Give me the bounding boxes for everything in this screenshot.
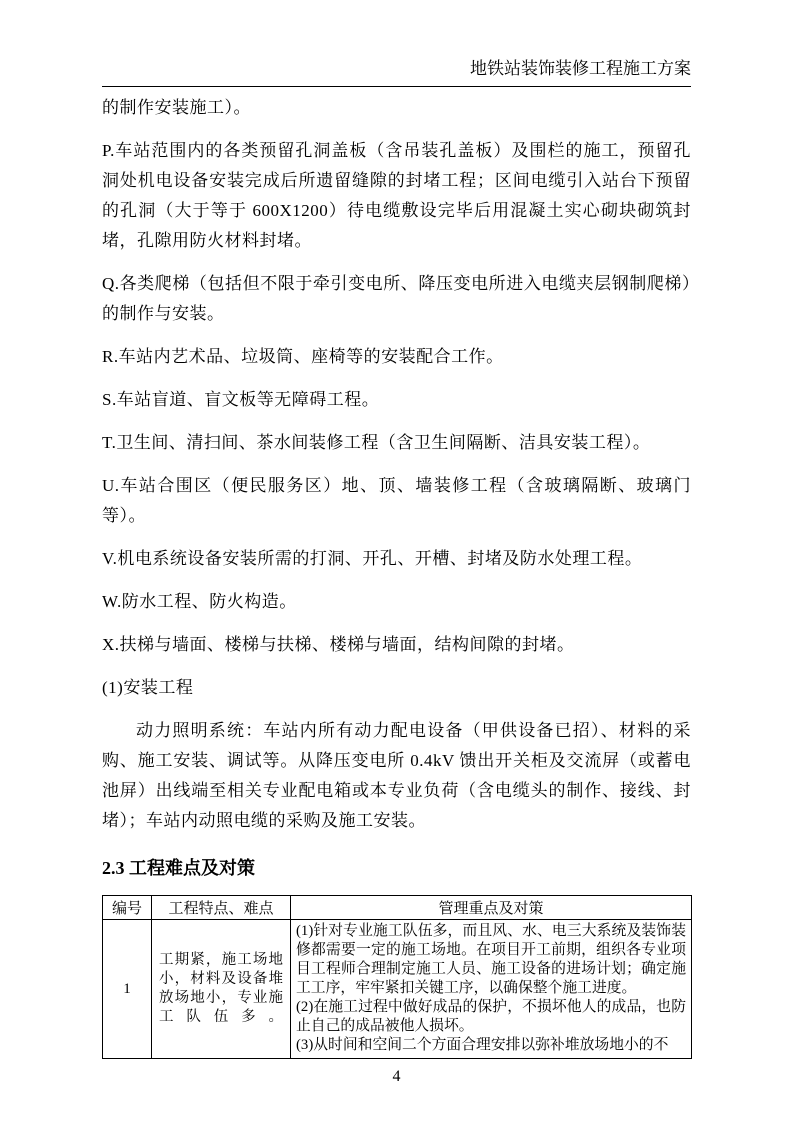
row-number-cell: 1: [103, 920, 152, 1059]
paragraph-item-s: S.车站盲道、盲文板等无障碍工程。: [102, 385, 691, 415]
row-measures-cell: (1)针对专业施工队伍多，而且风、水、电三大系统及装饰装修都需要一定的施工场地。…: [291, 920, 692, 1059]
column-header-feature: 工程特点、难点: [152, 896, 291, 920]
paragraph-item-v: V.机电系统设备安装所需的打洞、开孔、开槽、封堵及防水处理工程。: [102, 544, 691, 574]
document-body: 的制作安装施工）。 P.车站范围内的各类预留孔洞盖板（含吊装孔盖板）及围栏的施工…: [102, 93, 691, 836]
row-feature-cell: 工期紧，施工场地小，材料及设备堆放场地小，专业施工队伍多。: [152, 920, 291, 1059]
column-header-id: 编号: [103, 896, 152, 920]
section-heading-2-3: 2.3 工程难点及对策: [102, 855, 691, 881]
page-number: 4: [102, 1068, 691, 1086]
paragraph-power-lighting: 动力照明系统：车站内所有动力配电设备（甲供设备已招）、材料的采购、施工安装、调试…: [102, 716, 691, 836]
paragraph-item-r: R.车站内艺术品、垃圾筒、座椅等的安装配合工作。: [102, 342, 691, 372]
column-header-measures: 管理重点及对策: [291, 896, 692, 920]
table-header-row: 编号 工程特点、难点 管理重点及对策: [103, 896, 692, 920]
paragraph-item-x: X.扶梯与墙面、楼梯与扶梯、楼梯与墙面，结构间隙的封堵。: [102, 630, 691, 660]
paragraph-item-t: T.卫生间、清扫间、茶水间装修工程（含卫生间隔断、洁具安装工程）。: [102, 428, 691, 458]
paragraph-item-q: Q.各类爬梯（包括但不限于牵引变电所、降压变电所进入电缆夹层钢制爬梯）的制作与安…: [102, 269, 691, 329]
paragraph-item-u: U.车站合围区（便民服务区）地、顶、墙装修工程（含玻璃隔断、玻璃门等）。: [102, 471, 691, 531]
document-page: 地铁站装饰装修工程施工方案 的制作安装施工）。 P.车站范围内的各类预留孔洞盖板…: [0, 0, 793, 1122]
page-header: 地铁站装饰装修工程施工方案: [102, 57, 691, 87]
measure-item-2: (2)在施工过程中做好成品的保护，不损坏他人的成品，也防止自己的成品被他人损坏。: [296, 998, 686, 1036]
measure-item-3: (3)从时间和空间二个方面合理安排以弥补堆放场地小的不: [296, 1036, 686, 1055]
paragraph-item-p: P.车站范围内的各类预留孔洞盖板（含吊装孔盖板）及围栏的施工，预留孔洞处机电设备…: [102, 136, 691, 256]
paragraph-install-label: (1)安装工程: [102, 673, 691, 703]
paragraph-continuation: 的制作安装施工）。: [102, 93, 691, 123]
header-title: 地铁站装饰装修工程施工方案: [470, 59, 691, 78]
difficulties-table: 编号 工程特点、难点 管理重点及对策 1 工期紧，施工场地小，材料及设备堆放场地…: [102, 895, 692, 1059]
table-row: 1 工期紧，施工场地小，材料及设备堆放场地小，专业施工队伍多。 (1)针对专业施…: [103, 920, 692, 1059]
measure-item-1: (1)针对专业施工队伍多，而且风、水、电三大系统及装饰装修都需要一定的施工场地。…: [296, 922, 686, 998]
paragraph-item-w: W.防水工程、防火构造。: [102, 587, 691, 617]
